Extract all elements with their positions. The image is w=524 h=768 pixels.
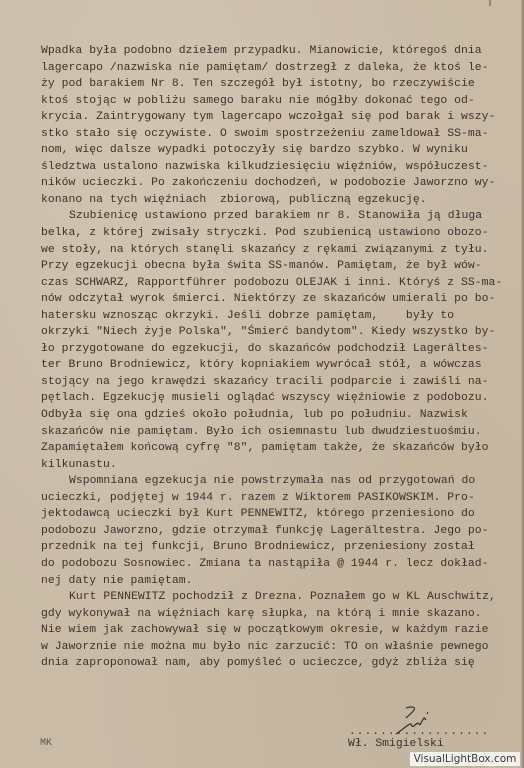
text-line: Zapamiętałem końcową cyfrę "8", pamiętam… bbox=[41, 440, 511, 457]
text-line: jektodawcą ucieczki był Kurt PENNEWITZ, … bbox=[41, 506, 511, 523]
text-line: ży pod barakiem Nr 8. Ten szczegół był i… bbox=[41, 76, 511, 93]
text-line: czas SCHWARZ, Rapportführer podobozu OLE… bbox=[41, 275, 511, 292]
text-line: Odbyła się ona gdzieś około południa, lu… bbox=[41, 407, 511, 424]
text-line: nej daty nie pamiętam. bbox=[41, 573, 511, 590]
text-line: skazańców nie pamiętam. Było ich osiemna… bbox=[41, 424, 511, 441]
text-line: w Jaworznie nie można mu było nic zarzuc… bbox=[41, 639, 511, 656]
text-line: stojący na jego krawędzi skazańcy tracil… bbox=[41, 374, 511, 391]
text-line: do podobozu Sosnowiec. Zmiana ta nastąpi… bbox=[41, 556, 511, 573]
text-line: gdy wykonywał na więźniach karę słupka, … bbox=[41, 606, 511, 623]
signatory-name: Wł. Smigielski bbox=[348, 738, 444, 750]
text-line: belka, z której zwisały stryczki. Pod sz… bbox=[41, 225, 511, 242]
text-line: hatersku wznosząc okrzyki. Jeśli dobrze … bbox=[41, 308, 511, 325]
text-line: krycia. Zaintrygowany tym lagercapo wczo… bbox=[41, 109, 511, 126]
text-line: pętlach. Egzekucję musieli oglądać wszys… bbox=[41, 390, 511, 407]
pencil-mark bbox=[489, 0, 491, 6]
text-line: ników ucieczki. Po zakończeniu dochodzeń… bbox=[41, 175, 511, 192]
signature-line: .................. bbox=[349, 726, 489, 738]
text-line: nów odczytał wyrok śmierci. Niektórzy ze… bbox=[41, 291, 511, 308]
text-line: ucieczki, podjętej w 1944 r. razem z Wik… bbox=[41, 490, 511, 507]
text-line: Wpadka była podobno dziełem przypadku. M… bbox=[41, 43, 511, 60]
text-line: ło przygotowane do egzekucji, do skazańc… bbox=[41, 341, 511, 358]
text-line: lagercapo /nazwiska nie pamiętam/ dostrz… bbox=[41, 60, 511, 77]
text-line: Przy egzekucji obecna była świta SS-manó… bbox=[41, 258, 511, 275]
text-line: przednik na tej funkcji, Bruno Brodniewi… bbox=[41, 539, 511, 556]
text-line: Szubienicę ustawiono przed barakiem nr 8… bbox=[41, 208, 511, 225]
text-line: we stoły, na których stanęli skazańcy z … bbox=[41, 242, 511, 259]
text-line: kilkunastu. bbox=[41, 457, 511, 474]
text-line: nom, więc dalsze wypadki potoczyły się b… bbox=[41, 142, 511, 159]
document-body: Wpadka była podobno dziełem przypadku. M… bbox=[41, 43, 511, 672]
text-line: podobozu Jaworzno, gdzie otrzymał funkcj… bbox=[41, 523, 511, 540]
text-line: stko stało się oczywiste. O swoim spostr… bbox=[41, 126, 511, 143]
text-line: ktoś stojąc w pobliżu samego baraku nie … bbox=[41, 93, 511, 110]
text-line: śledztwa ustalono nazwiska kilkudziesięc… bbox=[41, 159, 511, 176]
text-line: Kurt PENNEWITZ pochodził z Drezna. Pozna… bbox=[41, 589, 511, 606]
watermark: VisualLightBox.com bbox=[410, 752, 520, 766]
typist-initials: MK bbox=[40, 738, 52, 749]
text-line: Wspomniana egzekucja nie powstrzymała na… bbox=[41, 473, 511, 490]
text-line: Nie wiem jak zachowywał się w początkowy… bbox=[41, 622, 511, 639]
text-line: dnia zaproponował nam, aby pomyśleć o uc… bbox=[41, 655, 511, 672]
text-line: konano na tych więźniach zbiorową, publi… bbox=[41, 192, 511, 209]
text-line: okrzyki "Niech żyje Polska", "Śmierć ban… bbox=[41, 324, 511, 341]
text-line: ter Bruno Brodniewicz, który kopniakiem … bbox=[41, 357, 511, 374]
